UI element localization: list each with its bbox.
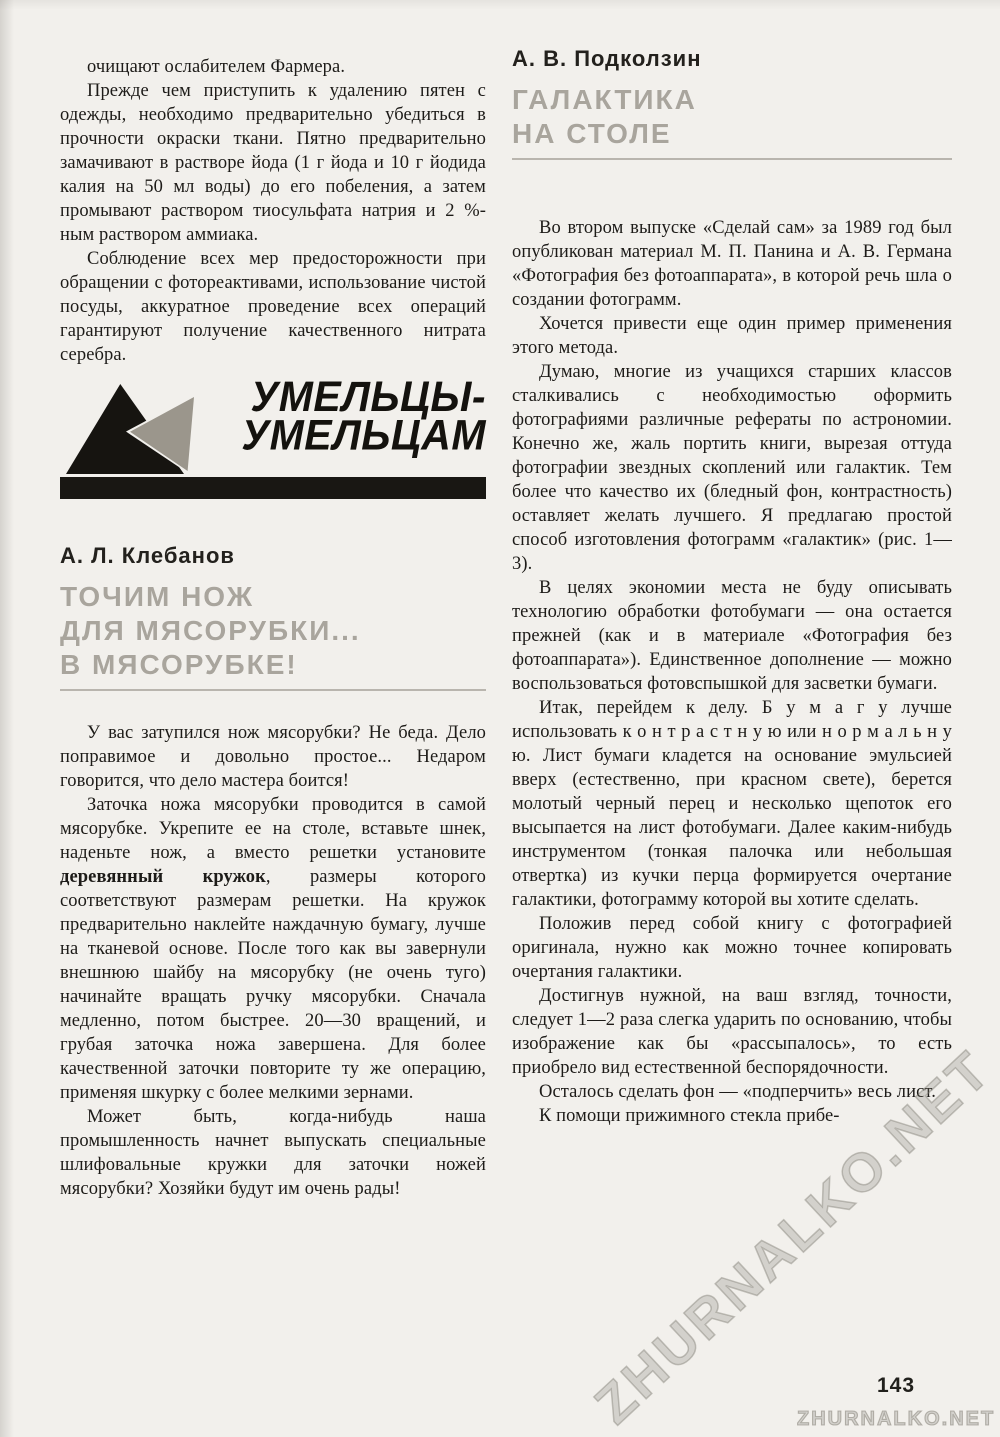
paragraph: Положив перед собой книгу с фотографией … — [512, 912, 952, 984]
left-column: очищают ослабителем Фармера.Прежде чем п… — [60, 40, 486, 1201]
title-line: ТОЧИМ НОЖ — [60, 580, 486, 614]
paragraph: Соблюдение всех мер предосторожности при… — [60, 247, 486, 367]
umeltsy-umeltsam-logo: УМЕЛЬЦЫ- УМЕЛЬЦАМ — [60, 381, 486, 477]
paragraph: У вас затупился нож мясорубки? Не беда. … — [60, 721, 486, 793]
paragraph: Заточка ножа мясорубки проводится в само… — [60, 793, 486, 1105]
article-body: У вас затупился нож мясорубки? Не беда. … — [60, 721, 486, 1201]
paragraph: Достигнув нужной, на ваш взгляд, точност… — [512, 984, 952, 1080]
paragraph: Осталось сделать фон — «подперчить» весь… — [512, 1080, 952, 1104]
paragraph: Итак, перейдем к делу. Б у м а г у лучше… — [512, 696, 952, 912]
section-divider-bar — [60, 477, 486, 499]
paragraph: Хочется привести еще один пример примене… — [512, 312, 952, 360]
paragraph: Думаю, многие из учащихся старших классо… — [512, 360, 952, 576]
author-name: А. В. Подколзин — [512, 46, 952, 72]
title-underline — [512, 158, 952, 160]
article-title: ТОЧИМ НОЖДЛЯ МЯСОРУБКИ...В МЯСОРУБКЕ! — [60, 580, 486, 682]
paragraph: Прежде чем приступить к удалению пятен с… — [60, 79, 486, 247]
logo-text: УМЕЛЬЦЫ- УМЕЛЬЦАМ — [241, 378, 486, 455]
author-name: А. Л. Клебанов — [60, 543, 486, 569]
article-body: Во втором выпуске «Сделай сам» за 1989 г… — [512, 216, 952, 1128]
intro-continuation-text: очищают ослабителем Фармера.Прежде чем п… — [60, 40, 486, 367]
paragraph: очищают ослабителем Фармера. — [60, 55, 486, 79]
magazine-page: { "page": { "number": "143" }, "colors":… — [0, 0, 1000, 1437]
title-line: ДЛЯ МЯСОРУБКИ... — [60, 614, 486, 648]
page-number: 143 — [877, 1374, 915, 1398]
paragraph: В целях экономии места не буду описывать… — [512, 576, 952, 696]
watermark-footer: ZHURNALKO.NET — [797, 1408, 995, 1431]
title-line: В МЯСОРУБКЕ! — [60, 648, 486, 682]
paragraph: К помощи прижимного стекла прибе- — [512, 1104, 952, 1128]
title-underline — [60, 689, 486, 691]
article-title: ГАЛАКТИКАНА СТОЛЕ — [512, 83, 952, 151]
paragraph: Может быть, когда-нибудь наша промышленн… — [60, 1105, 486, 1201]
right-column: А. В. Подколзин ГАЛАКТИКАНА СТОЛЕ Во вто… — [512, 46, 952, 1128]
paragraph: Во втором выпуске «Сделай сам» за 1989 г… — [512, 216, 952, 312]
logo-line-2: УМЕЛЬЦАМ — [241, 416, 486, 454]
title-line: НА СТОЛЕ — [512, 117, 952, 151]
scan-edge-shadow-top — [0, 0, 1000, 10]
scan-edge-shadow — [0, 0, 14, 1437]
title-line: ГАЛАКТИКА — [512, 83, 952, 117]
